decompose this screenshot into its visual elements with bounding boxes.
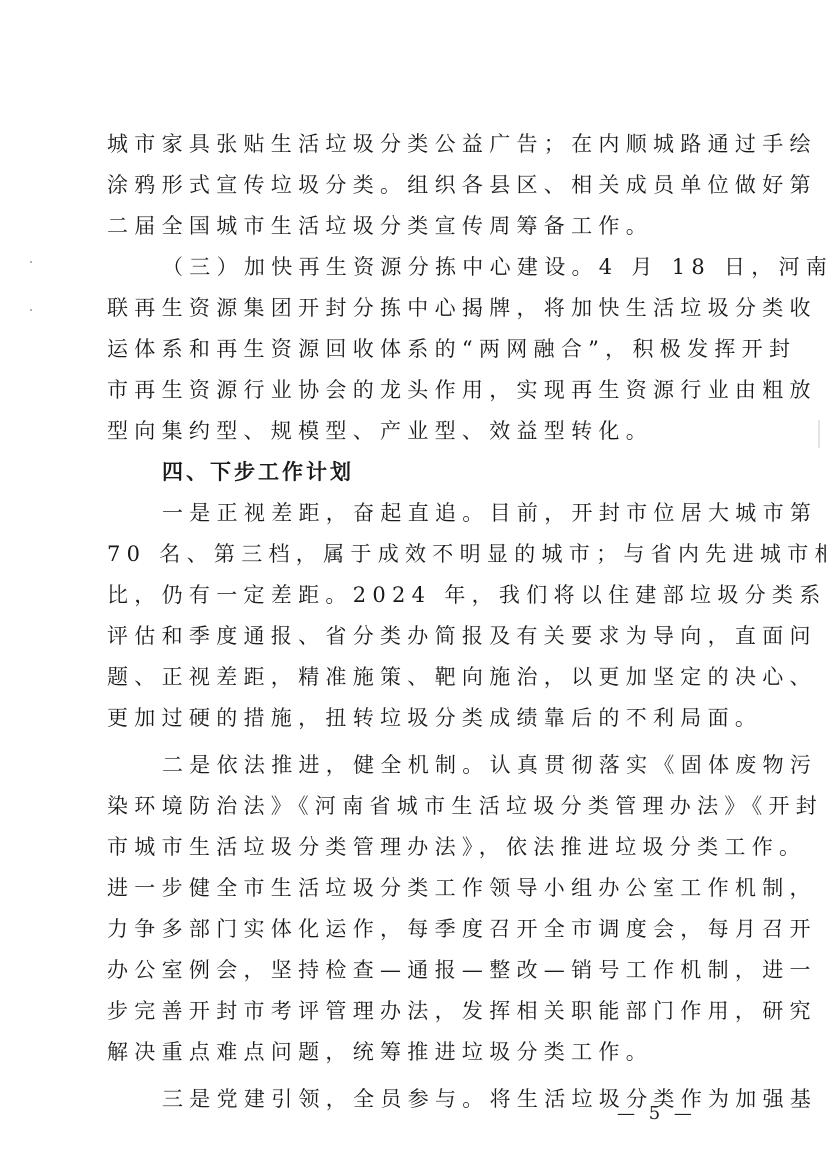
text-line: （三）加快再生资源分拣中心建设。4 月 18 日，河南中 bbox=[107, 247, 689, 288]
text-line: 题、正视差距，精准施策、靶向施治，以更加坚定的决心、 bbox=[107, 657, 689, 698]
paragraph-party-leadership: 三是党建引领，全员参与。将生活垃圾分类作为加强基 bbox=[107, 1079, 689, 1120]
text-line: 更加过硬的措施，扭转垃圾分类成绩靠后的不利局面。 bbox=[107, 698, 689, 739]
text-line: 评估和季度通报、省分类办简报及有关要求为导向，直面问 bbox=[107, 616, 689, 657]
paragraph-face-gap: 一是正视差距，奋起直追。目前，开封市位居大城市第 70 名、第三档，属于成效不明… bbox=[107, 493, 689, 739]
text-line: 联再生资源集团开封分拣中心揭牌，将加快生活垃圾分类收 bbox=[107, 288, 689, 329]
text-line: 比，仍有一定差距。2024 年，我们将以住建部垃圾分类系统 bbox=[107, 575, 689, 616]
text-line: 70 名、第三档，属于成效不明显的城市；与省内先进城市相 bbox=[107, 534, 689, 575]
text-line: 运体系和再生资源回收体系的“两网融合”，积极发挥开封 bbox=[107, 329, 689, 370]
text-line: 市再生资源行业协会的龙头作用，实现再生资源行业由粗放 bbox=[107, 370, 689, 411]
text-line: 涂鸦形式宣传垃圾分类。组织各县区、相关成员单位做好第 bbox=[107, 165, 689, 206]
section-title: 四、下步工作计划 bbox=[107, 452, 689, 493]
scan-streak bbox=[818, 420, 820, 448]
text-line: 染环境防治法》《河南省城市生活垃圾分类管理办法》《开封 bbox=[107, 786, 689, 827]
text-line: 市城市生活垃圾分类管理办法》，依法推进垃圾分类工作。 bbox=[107, 827, 689, 868]
scan-speck bbox=[30, 261, 32, 263]
text-line: 办公室例会，坚持检查—通报—整改—销号工作机制，进一 bbox=[107, 950, 689, 991]
text-line: 力争多部门实体化运作，每季度召开全市调度会，每月召开 bbox=[107, 909, 689, 950]
document-page: 城市家具张贴生活垃圾分类公益广告；在内顺城路通过手绘 涂鸦形式宣传垃圾分类。组织… bbox=[0, 0, 826, 1169]
text-line: 二是依法推进，健全机制。认真贯彻落实《固体废物污 bbox=[107, 745, 689, 786]
text-line: 三是党建引领，全员参与。将生活垃圾分类作为加强基 bbox=[107, 1079, 689, 1120]
text-line: 二届全国城市生活垃圾分类宣传周筹备工作。 bbox=[107, 206, 689, 247]
text-line: 型向集约型、规模型、产业型、效益型转化。 bbox=[107, 411, 689, 452]
paragraph-recycling-center: （三）加快再生资源分拣中心建设。4 月 18 日，河南中 联再生资源集团开封分拣… bbox=[107, 247, 689, 452]
document-body: 城市家具张贴生活垃圾分类公益广告；在内顺城路通过手绘 涂鸦形式宣传垃圾分类。组织… bbox=[107, 124, 689, 1120]
scan-speck bbox=[30, 309, 32, 311]
text-line: 解决重点难点问题，统筹推进垃圾分类工作。 bbox=[107, 1032, 689, 1073]
text-line: 步完善开封市考评管理办法，发挥相关职能部门作用，研究 bbox=[107, 991, 689, 1032]
text-line: 进一步健全市生活垃圾分类工作领导小组办公室工作机制， bbox=[107, 868, 689, 909]
text-line: 一是正视差距，奋起直追。目前，开封市位居大城市第 bbox=[107, 493, 689, 534]
paragraph-continuation: 城市家具张贴生活垃圾分类公益广告；在内顺城路通过手绘 涂鸦形式宣传垃圾分类。组织… bbox=[107, 124, 689, 247]
page-number: — 5 — bbox=[617, 1103, 696, 1124]
section-heading: 四、下步工作计划 bbox=[107, 452, 689, 493]
paragraph-rule-of-law: 二是依法推进，健全机制。认真贯彻落实《固体废物污 染环境防治法》《河南省城市生活… bbox=[107, 745, 689, 1073]
text-line: 城市家具张贴生活垃圾分类公益广告；在内顺城路通过手绘 bbox=[107, 124, 689, 165]
